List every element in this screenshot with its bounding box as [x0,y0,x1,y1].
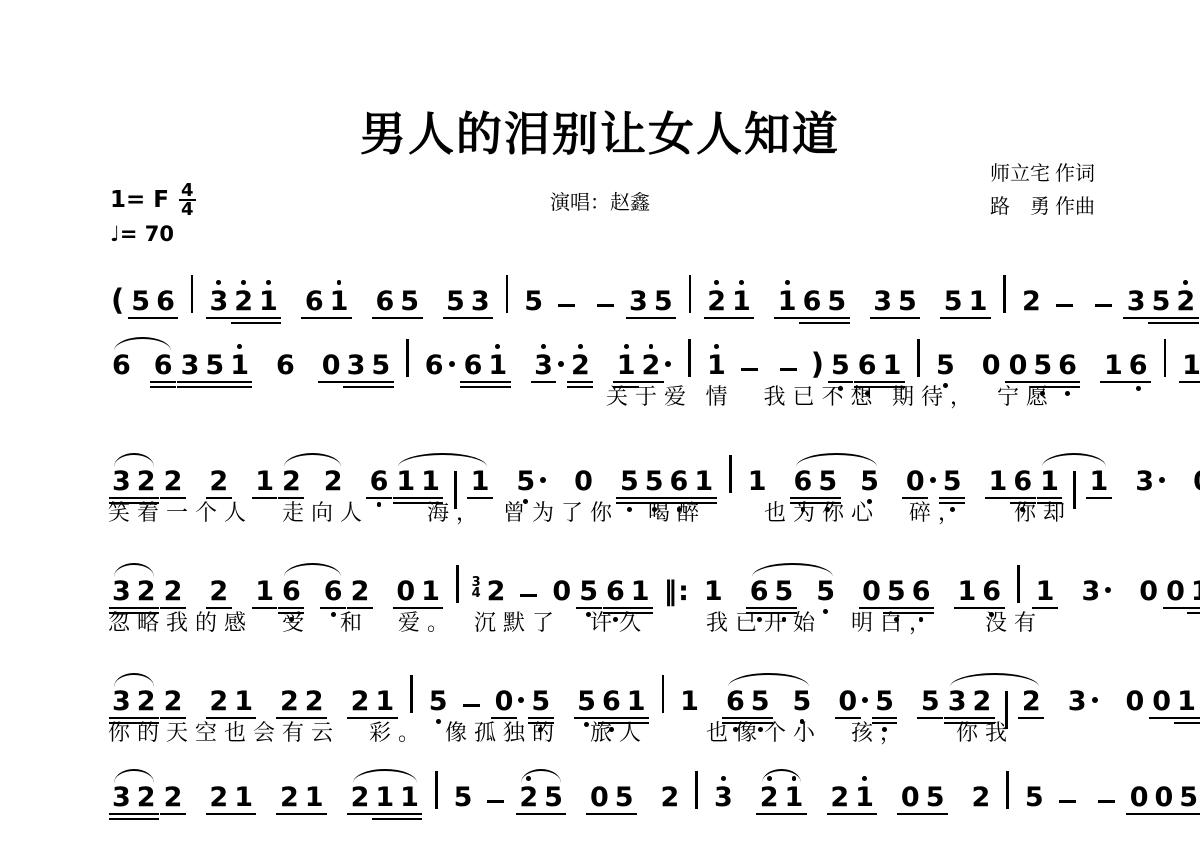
underline [815,502,841,504]
note-2: 2 [162,468,185,495]
octave-dot-below [867,499,872,504]
note-3: 3 [532,352,555,379]
barline [1164,339,1167,377]
underline [393,497,419,499]
note-group: 05 [835,688,897,715]
underline [206,607,232,609]
composer-credit: 路 勇 作曲 [990,191,1095,224]
note-1: 1 [328,288,351,315]
underline [771,607,797,609]
note-5: 5 [858,468,881,495]
underline [531,381,557,383]
octave-dot-below [758,727,763,732]
note-group: 013 [1163,578,1200,605]
note-1: 1 [373,688,396,715]
underline [1187,612,1200,614]
note-group: 65 [372,288,422,315]
underline [276,813,302,815]
octave-dot-above [649,344,654,349]
note-2: 2 [207,578,230,605]
note-1: 1 [1088,468,1111,495]
note-5: 5 [873,688,896,715]
underline [109,722,135,724]
underline [940,317,966,319]
note-5: 5 [816,468,839,495]
underline [227,386,253,388]
note-group: 5561 [617,468,716,495]
underline [897,813,923,815]
note-group: 035 [319,352,393,379]
slur-group: 66 [109,352,176,379]
note-1: 1 [1175,688,1198,715]
underline [586,813,612,815]
note-5: 5 [577,578,600,605]
note-2: 2 [349,578,372,605]
octave-dot-above [767,776,772,781]
parenthesis: ( [111,283,124,317]
underline [771,612,797,614]
slur-group: 655 [747,578,838,605]
note-2: 2 [970,784,993,811]
note-0: 0 [980,352,1003,379]
music-system: 32221662013420561‖:165505616130013忽略我的感 … [108,562,1100,638]
note-group: 1 [252,468,277,495]
duration-dash [558,304,575,307]
note-group: 61 [302,288,352,315]
underline [372,317,398,319]
duration-dash [1098,800,1115,803]
note-5: 5 [427,688,450,715]
music-system: 32221226111505561165505161130013笑着一个人 走向… [108,452,1100,528]
note-3: 3 [110,578,133,605]
note-1: 1 [987,468,1010,495]
underline [278,612,304,614]
underline [626,317,652,319]
note-2: 2 [135,688,158,715]
note-group: 05 [492,688,554,715]
note-group: 321 [206,288,280,315]
underline [320,607,346,609]
note-0: 0 [1128,784,1151,811]
duration-dash [1056,304,1073,307]
underline [854,381,880,383]
note-3: 3 [1133,468,1156,495]
duration-dash [520,594,537,597]
slur-group: 32 [109,784,159,811]
octave-dot-below [782,617,787,622]
barline [191,275,194,313]
octave-dot-above [714,344,719,349]
note-group: 2 [206,578,231,605]
underline [397,317,423,319]
note-6: 6 [152,352,175,379]
underline [109,502,135,504]
underline [372,717,398,719]
note-2: 2 [659,784,682,811]
underline [774,317,800,319]
underline [1179,381,1200,383]
octave-dot-below [613,617,618,622]
underline [1173,322,1199,324]
underline [603,612,629,614]
augmentation-dot [862,697,868,703]
underline [528,722,554,724]
underline [747,722,773,724]
note-1: 1 [853,784,876,811]
octave-dot-above [792,776,797,781]
note-5: 5 [1023,784,1046,811]
note-group: 5 [828,352,853,379]
underline [393,502,419,504]
note-group: 0 [1123,688,1148,715]
note-group: 5 [933,352,958,379]
note-1: 1 [625,688,648,715]
note-0: 0 [904,468,927,495]
duration-dash [487,800,504,803]
note-6: 6 [368,468,391,495]
underline [872,717,898,719]
note-1: 1 [783,784,806,811]
underline [231,717,257,719]
note-1: 1 [303,784,326,811]
note-group: 6 [367,468,392,495]
underline [1148,322,1174,324]
slur-group: 32 [109,578,159,605]
barline [454,471,457,509]
note-5: 5 [773,578,796,605]
slur-group: 25 [516,784,566,811]
note-group: 5 [918,688,943,715]
underline [691,497,717,499]
note-3: 3 [871,288,894,315]
note-5: 5 [398,288,421,315]
underline [722,722,748,724]
note-5: 5 [129,288,152,315]
note-5: 5 [1150,288,1173,315]
note-5: 5 [1031,352,1054,379]
underline [623,722,649,724]
note-group: 561 [574,688,648,715]
note-group: 352 [1124,288,1198,315]
octave-dot-below [677,507,682,512]
note-group: 5 [576,578,601,605]
octave-dot-above [578,344,583,349]
note-0: 0 [1124,688,1147,715]
note-group: ) [809,347,826,381]
note-0: 0 [572,468,595,495]
barline [662,675,665,713]
underline [979,607,1005,609]
octave-dot-above [785,280,790,285]
underline [278,607,304,609]
note-group [424,768,449,806]
note-2: 2 [349,784,372,811]
octave-dot-below [757,617,762,622]
note-2: 2 [349,688,372,715]
underline [206,497,232,499]
note-group [477,803,514,806]
underline [256,317,282,319]
note-0: 0 [1150,688,1173,715]
note-group: 2 [161,468,186,495]
underline [969,717,995,719]
note-group [1049,803,1086,806]
underline [883,612,909,614]
underline [835,717,861,719]
note-1: 1 [615,352,638,379]
note-2: 2 [162,784,185,811]
note-2: 2 [278,784,301,811]
note-group: 16 [986,468,1036,495]
note-6: 6 [600,688,623,715]
note-2: 2 [207,688,230,715]
note-6: 6 [1127,352,1150,379]
barline [406,339,409,377]
note-6: 6 [792,468,815,495]
note-group: 56 [128,288,178,315]
barline [1006,771,1009,809]
note-group: 0 [549,578,574,605]
underline [603,607,629,609]
note-group: ‖: [655,576,699,607]
underline [467,317,493,319]
note-group: 1 [1033,578,1058,605]
barline [695,771,698,809]
slur-group: 322 [945,688,1044,726]
underline [109,717,135,719]
note-2: 2 [278,688,301,715]
note-group [453,707,490,710]
sheet-music-page: 男人的泪别让女人知道 演唱：赵鑫 师立宅 作词 路 勇 作曲 1= F 4 4 … [0,0,1200,850]
octave-dot-above [541,344,546,349]
slur-group: 111 [393,468,492,506]
music-system: 66351603566132121)5615005616130013关于爱 情 … [108,336,1100,412]
underline [704,317,730,319]
note-group: 2 [658,784,683,811]
note-group [548,307,585,310]
note-5: 5 [203,352,226,379]
note-2: 2 [485,578,508,605]
duration-dash [597,304,614,307]
note-group: 21 [206,688,256,715]
note-2: 2 [162,688,185,715]
underline [368,386,394,388]
note-group [718,452,743,490]
underline [1018,717,1044,719]
note-group: 61 [461,352,511,379]
note-5: 5 [522,288,545,315]
note-5: 5 [749,688,772,715]
underline [301,717,327,719]
note-3: 3 [207,288,230,315]
note-group: 3 [711,784,736,811]
note-group: 1 [677,688,702,715]
note-1: 1 [232,688,255,715]
note-5: 5 [885,578,908,605]
note-5: 5 [613,784,636,811]
underline [1163,607,1189,609]
barline [1017,565,1020,603]
note-group: 2 [161,688,186,715]
note-2: 2 [640,352,663,379]
underline [627,612,653,614]
note-1: 1 [705,352,728,379]
underline [965,317,991,319]
note-6: 6 [303,288,326,315]
repeat-start-sign: ‖: [664,576,690,607]
octave-dot-below [1020,507,1025,512]
note-6: 6 [980,578,1003,605]
note-0: 0 [1007,352,1030,379]
underline [278,497,304,499]
credits-block: 师立宅 作词 路 勇 作曲 [990,158,1095,224]
octave-dot-below [894,617,899,622]
octave-dot-above [526,776,531,781]
note-5: 5 [825,288,848,315]
underline [109,818,135,820]
underline [1151,813,1177,815]
octave-dot-below [586,612,591,617]
underline [944,717,970,719]
octave-dot-below [584,722,589,727]
time-signature: 4 4 [179,182,196,218]
underline [598,722,624,724]
octave-dot-above [216,280,221,285]
note-6: 6 [462,352,485,379]
note-3: 3 [110,468,133,495]
underline [397,818,423,820]
note-group [678,272,703,310]
octave-dot-below [1065,391,1070,396]
underline [1125,381,1151,383]
underline [616,502,642,504]
underline [790,497,816,499]
underline [206,317,232,319]
underline [746,607,772,609]
note-group: 5 [521,288,546,315]
underline [666,502,692,504]
note-group [445,562,470,600]
note-2: 2 [705,288,728,315]
note-group: 32 [531,352,593,379]
underline [567,381,593,383]
key-label: 1= F [110,187,169,213]
note-group: 0 [979,352,1004,379]
note-group: 61 [603,578,653,605]
octave-dot-below [733,727,738,732]
note-group: 5 [451,784,476,811]
underline [799,322,825,324]
note-6: 6 [1056,352,1079,379]
octave-dot-below [1136,386,1141,391]
duration-dash [780,368,797,371]
underline [133,607,159,609]
underline [746,612,772,614]
note-group: 3 [1078,578,1115,605]
note-group: 1 [1179,352,1200,379]
note-2: 2 [232,288,255,315]
note-group: 21 [277,784,327,811]
underline [1030,381,1056,383]
slur-group: 32 [109,468,159,495]
note-3: 3 [1079,578,1102,605]
note-6: 6 [910,578,933,605]
note-group [906,336,931,374]
note-group: 342 [472,578,509,605]
underline [879,381,905,383]
note-1: 1 [232,784,255,811]
underline [1123,317,1149,319]
note-group [684,768,709,806]
underline [301,813,327,815]
note-3: 3 [469,288,492,315]
underline [729,317,755,319]
note-2: 2 [569,352,592,379]
underline [343,386,369,388]
note-group [395,336,420,374]
underline [1176,813,1200,815]
underline [202,386,228,388]
note-group: 05 [903,468,965,495]
underline [133,717,159,719]
note-1: 1 [730,288,753,315]
underline [939,497,965,499]
note-0: 0 [550,578,573,605]
augmentation-dot [665,361,671,367]
parenthesis: ) [811,347,824,381]
underline [894,317,920,319]
octave-dot-above [495,344,500,349]
notation-line: 322212221505561165505532230013 [108,672,1100,706]
note-5: 5 [643,468,666,495]
sheet-header: 男人的泪别让女人知道 演唱：赵鑫 师立宅 作词 路 勇 作曲 1= F 4 4 … [0,0,1200,252]
note-group: 0 [1190,468,1200,495]
underline [318,381,344,383]
note-5: 5 [575,688,598,715]
underline [908,607,934,609]
note-5: 5 [542,784,565,811]
slur-group: 32 [109,688,159,715]
note-1: 1 [469,468,492,495]
note-5: 5 [452,784,475,811]
note-group: 1 [701,578,726,605]
note-group: 165 [775,288,849,315]
note-group: 05 [587,784,637,811]
underline [1055,381,1081,383]
octave-dot-above [739,280,744,285]
underline [133,722,159,724]
slur-group: 655 [723,688,814,715]
note-1: 1 [702,578,725,605]
note-group [1006,562,1031,600]
underline [1187,607,1200,609]
underline [256,322,282,324]
note-group: 2 [161,578,186,605]
barline [506,275,509,313]
note-5: 5 [814,578,837,605]
underline [691,502,717,504]
underline [1100,381,1126,383]
octave-dot-below [652,507,657,512]
underline [969,722,995,724]
note-2: 2 [162,578,185,605]
underline [1173,317,1199,319]
notation-line: (5632161655353521165355123523312321 [108,272,1100,306]
note-group: 2 [206,468,231,495]
octave-dot-below [538,727,543,732]
time-signature-bottom: 4 [181,201,194,218]
note-2: 2 [1020,688,1043,715]
